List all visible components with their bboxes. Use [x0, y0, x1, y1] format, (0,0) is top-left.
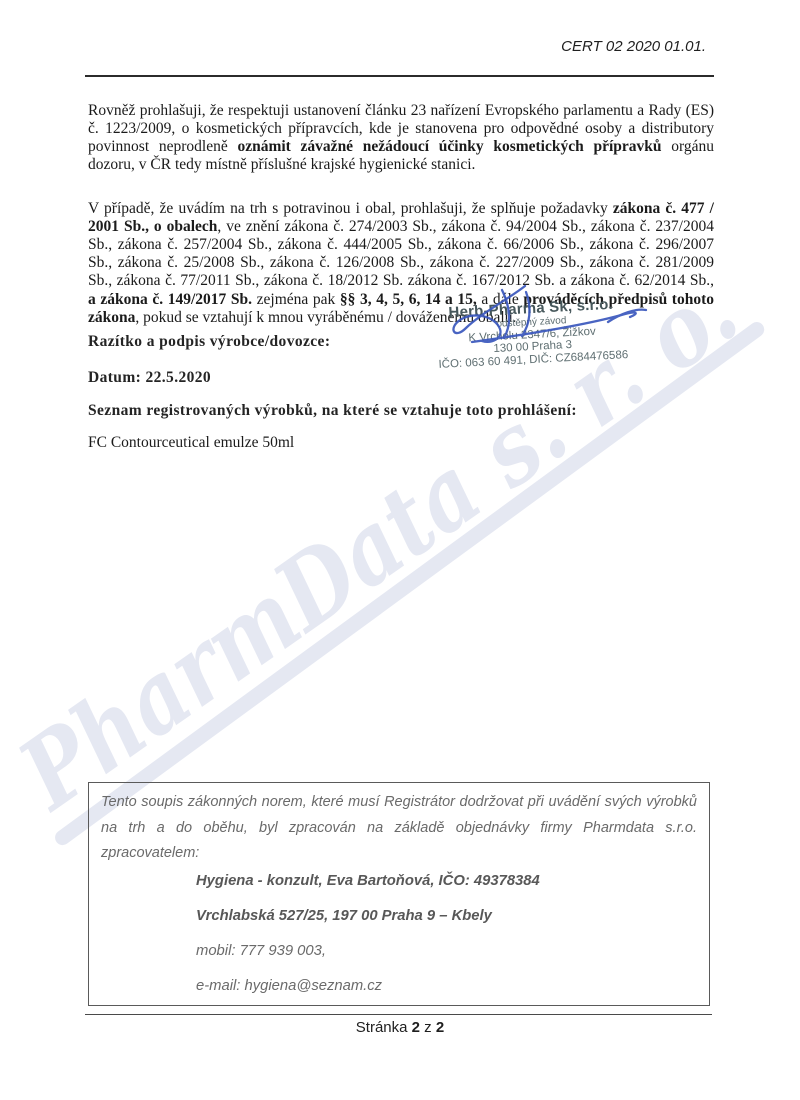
contact-line-company: Hygiena - konzult, Eva Bartoňová, IČO: 4… — [196, 872, 709, 891]
registrar-box-intro: Tento soupis zákonných norem, které musí… — [101, 790, 697, 867]
document-code: CERT 02 2020 01.01. — [561, 38, 706, 55]
signature-loop-stroke — [453, 286, 525, 342]
stamp-signature-label: Razítko a podpis výrobce/dovozce: — [88, 333, 330, 351]
contact-line-email: e-mail: hygiena@seznam.cz — [196, 977, 709, 996]
header-separator-line — [85, 75, 714, 77]
contact-line-address: Vrchlabská 527/25, 197 00 Praha 9 – Kbel… — [196, 907, 709, 926]
contact-line-mobile: mobil: 777 939 003, — [196, 942, 709, 961]
product-list-heading: Seznam registrovaných výrobků, na které … — [88, 402, 577, 420]
signature-tail-stroke — [472, 313, 636, 342]
date-label: Datum: 22.5.2020 — [88, 369, 211, 387]
document-content: CERT 02 2020 01.01. Rovněž prohlašuji, ž… — [0, 0, 800, 1100]
registrar-info-box: Tento soupis zákonných norem, které musí… — [88, 782, 710, 1006]
signature-slash-stroke-2 — [522, 292, 529, 336]
paragraph-cosmetics-declaration: Rovněž prohlašuji, že respektuji ustanov… — [88, 102, 714, 175]
signature-scribble — [440, 276, 670, 368]
scanned-document-page: PharmData s. r. o. CERT 02 2020 01.01. R… — [0, 0, 800, 1100]
signature-flick-stroke — [608, 310, 646, 322]
product-item: FC Contourceutical emulze 50ml — [88, 434, 294, 452]
footer-separator-line — [85, 1014, 712, 1015]
page-number: Stránka 2 z 2 — [0, 1019, 800, 1036]
